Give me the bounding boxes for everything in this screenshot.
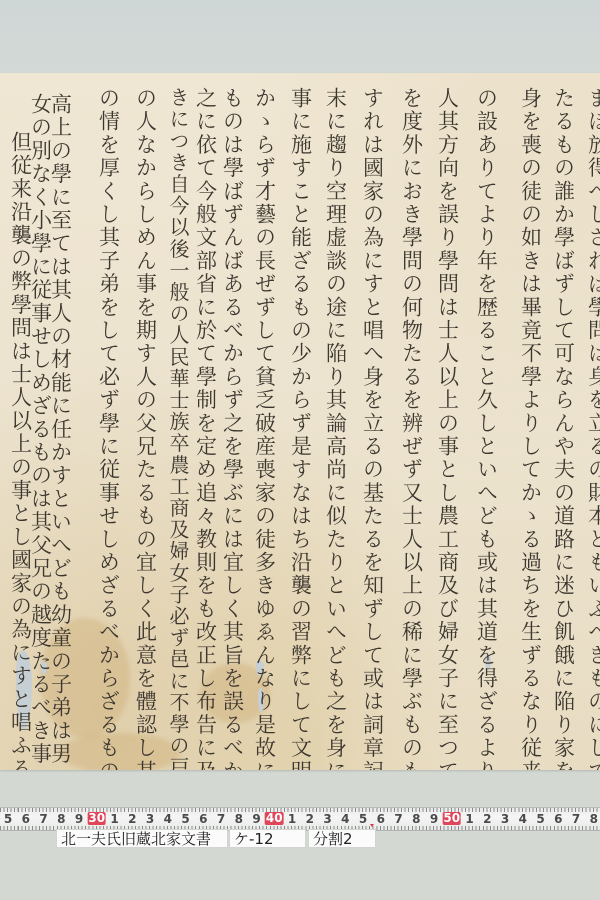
ruler-major-number: 30 [87,812,106,825]
ruler-number: 3 [146,813,154,825]
ruler-number: 1 [288,813,296,825]
ruler-number: 7 [394,813,402,825]
ruler-number: 2 [483,813,491,825]
manuscript-column: 但従来沿襲の弊學問は士人以上の事とし國家の為にすと唱ふるを以て [10,131,31,770]
ruler-number: 4 [519,813,527,825]
measurement-ruler: 56789301234567894012345678950123456789 [0,807,600,831]
manuscript-column: 高上の學に至ては其人の材能に任かすといへども幼童の子弟は男 [50,93,71,766]
manuscript-column: の人なからしめん事を期す人の父兄たるもの宜しく此意を體認し其愛育 [135,87,156,770]
ruler-number: 5 [536,813,544,825]
ruler-major-number: 50 [442,812,461,825]
ruler-number: 9 [75,813,83,825]
item-id-label: ケ-12 [229,829,306,848]
manuscript-column: 末に趨り空理虚談の途に陥り其論高尚に似たりといへども之を身に行ひ [325,87,346,770]
manuscript-column: 身を喪の徒の如きは畢竟不學よりしてかゝる過ちを生ずるなり従来學校 [520,87,541,770]
ruler-number: 1 [465,813,473,825]
ruler-number: 7 [217,813,225,825]
ruler-number: 6 [199,813,207,825]
ruler-number: 2 [306,813,314,825]
manuscript-column: すれは國家の為にすと唱へ身を立るの基たるを知ずして或は詞章記誦の [362,87,383,770]
manuscript-column: かゝらず才藝の長ぜずして貧乏破産喪家の徒多きゆゑんなり是故に人たる [254,87,275,770]
ruler-number: 6 [22,813,30,825]
part-number: 分割2 [313,830,353,848]
ruler-number: 7 [572,813,580,825]
collection-label: 北一夫氏旧蔵北家文書 [56,829,228,848]
ruler-number: 3 [323,813,331,825]
document-sheet: まほ放得べしされば學問は身を立るの財本ともいふべきものにして人たるもの誰か學ばず… [0,73,600,770]
ruler-number: 4 [341,813,349,825]
manuscript-column: 女の別なく小學に従事せしめざるものは其父兄の越度たるべき事 [30,93,51,766]
ruler-number: 6 [554,813,562,825]
ruler-number: 8 [590,813,598,825]
manuscript-column: 事に施すこと能ざるもの少からず是すなはち沿襲の習弊にして文明普ね [290,87,311,770]
ruler-number: 3 [501,813,509,825]
item-id: ケ-12 [234,830,274,848]
manuscript-column: ものは學ばずんばあるべからず之を學ぶには宜しく其旨を誤るべからず [222,87,243,770]
ruler-number: 8 [412,813,420,825]
ruler-number: 5 [181,813,189,825]
manuscript-column: たるもの誰か學ばずして可ならんや夫の道路に迷ひ飢餓に陥り家を破り [553,87,574,770]
ruler-number: 4 [164,813,172,825]
ruler-number: 9 [252,813,260,825]
ruler-number: 5 [359,813,367,825]
ruler-number: 9 [430,813,438,825]
manuscript-column: の情を厚くし其子弟をして必ず學に従事せしめざるべからざるものなり [98,87,119,770]
manuscript-column: 之に依て今般文部省に於て學制を定め追々教則をも改正し布告に及ぶべ [195,87,216,770]
ruler-number: 7 [39,813,47,825]
ruler-number: 1 [110,813,118,825]
ruler-marker-icon [370,824,374,827]
backdrop [0,0,600,75]
part-label: 分割2 [308,829,376,848]
ruler-major-number: 40 [265,812,284,825]
manuscript-column: の設ありてより年を歴ること久しといへども或は其道を得ざるよりして [476,87,497,770]
ruler-number: 8 [57,813,65,825]
manuscript-column: まほ放得べしされば學問は身を立るの財本ともいふべきものにして人 [587,87,600,770]
ruler-number: 8 [235,813,243,825]
manuscript-column: を度外におき學問の何物たるを辨ぜず又士人以上の稀に學ぶものも動を [401,87,422,770]
ruler-number: 2 [128,813,136,825]
manuscript-column: きにつき自今以後一般の人民華士族卒農工商及婦女子必ず邑に不學の戸なく家に不學 [168,87,188,770]
ruler-number: 5 [4,813,12,825]
ruler-number: 6 [377,813,385,825]
collection-name: 北一夫氏旧蔵北家文書 [61,830,211,848]
manuscript-column: 人其方向を誤り學問は士人以上の事とし農工商及び婦女子に至つては之 [437,87,458,770]
